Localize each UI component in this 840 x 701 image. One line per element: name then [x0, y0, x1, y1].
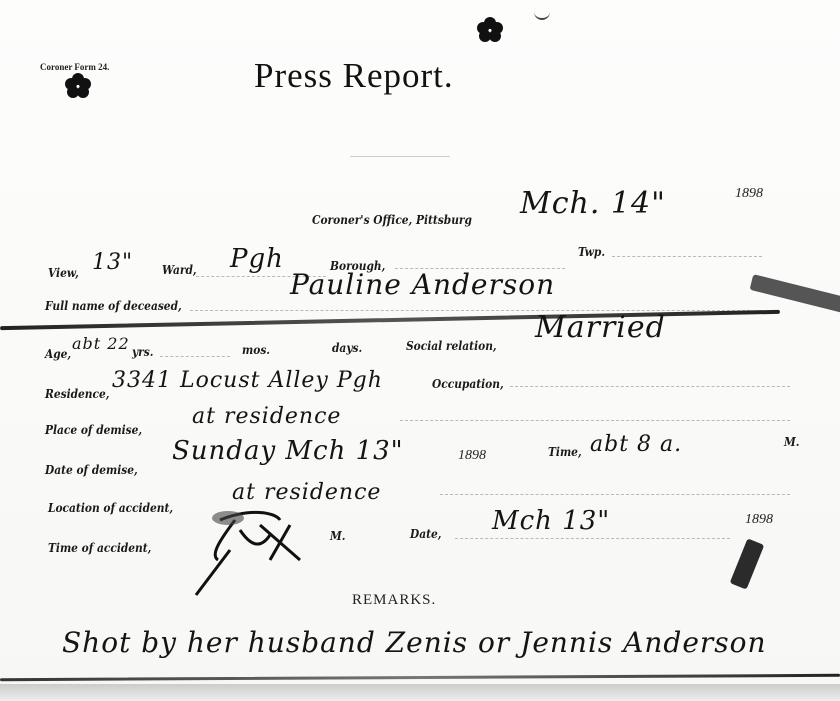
date-of-demise-year: 1898 [458, 448, 486, 464]
accident-date-year: 1898 [745, 512, 773, 528]
location-label: Location of accident, [48, 500, 173, 515]
twp-line [612, 256, 762, 257]
place-of-demise-label: Place of demise, [45, 422, 142, 437]
pencil-shadow [750, 274, 840, 314]
view-label: View, [48, 265, 79, 280]
title-divider [350, 156, 450, 157]
yrs-line [160, 356, 230, 357]
time-of-accident-label: Time of accident, [48, 540, 151, 555]
paper-fold-bottom [0, 674, 840, 681]
occupation-line [510, 386, 790, 387]
place-of-demise-line [400, 420, 790, 421]
page-bottom-shadow [0, 684, 840, 701]
report-year: 1898 [735, 186, 763, 202]
stamp-mark [534, 4, 550, 20]
ink-smudge [730, 538, 765, 589]
accident-date-label: Date, [410, 526, 441, 541]
social-relation-value: Married [535, 310, 666, 345]
location-line [440, 494, 790, 495]
mos-label: mos. [242, 342, 270, 357]
remarks-heading: REMARKS. [352, 592, 436, 609]
full-name-label: Full name of deceased, [45, 298, 182, 313]
form-number: Coroner Form 24. [40, 62, 109, 72]
report-date: Mch. 14" [520, 186, 666, 221]
yrs-label: yrs. [132, 344, 153, 359]
remarks-text: Shot by her husband Zenis or Jennis Ande… [62, 626, 767, 659]
accident-date-line [455, 538, 730, 539]
occupation-label: Occupation, [432, 376, 504, 391]
ward-value: Pgh [230, 244, 284, 274]
office-label: Coroner's Office, Pittsburg [312, 212, 472, 227]
residence-label: Residence, [45, 386, 109, 401]
time-label: Time, [548, 444, 582, 459]
time-suffix: M. [784, 434, 799, 449]
age-value: abt 22 [72, 334, 130, 353]
social-relation-label: Social relation, [406, 338, 497, 353]
twp-label: Twp. [578, 244, 605, 259]
age-label: Age, [45, 346, 71, 361]
date-of-demise-label: Date of demise, [45, 462, 138, 477]
accident-date-value: Mch 13" [492, 506, 610, 536]
time-of-accident-suffix: M. [330, 528, 345, 543]
days-label: days. [332, 340, 362, 355]
place-of-demise-value: at residence [192, 404, 341, 429]
struck-out-scribble [190, 500, 320, 600]
view-value: 13" [92, 250, 133, 275]
time-value: abt 8 a. [590, 432, 682, 457]
full-name-line [190, 310, 750, 311]
ward-label: Ward, [162, 262, 197, 277]
page-title: Press Report. [254, 56, 454, 96]
date-of-demise-value: Sunday Mch 13" [172, 436, 404, 466]
punch-hole-top-icon [476, 16, 504, 44]
document-page: Coroner Form 24. Press Report. Coroner's… [0, 0, 840, 701]
full-name-value: Pauline Anderson [290, 268, 555, 301]
punch-hole-left-icon [64, 72, 92, 100]
residence-value: 3341 Locust Alley Pgh [112, 368, 383, 393]
